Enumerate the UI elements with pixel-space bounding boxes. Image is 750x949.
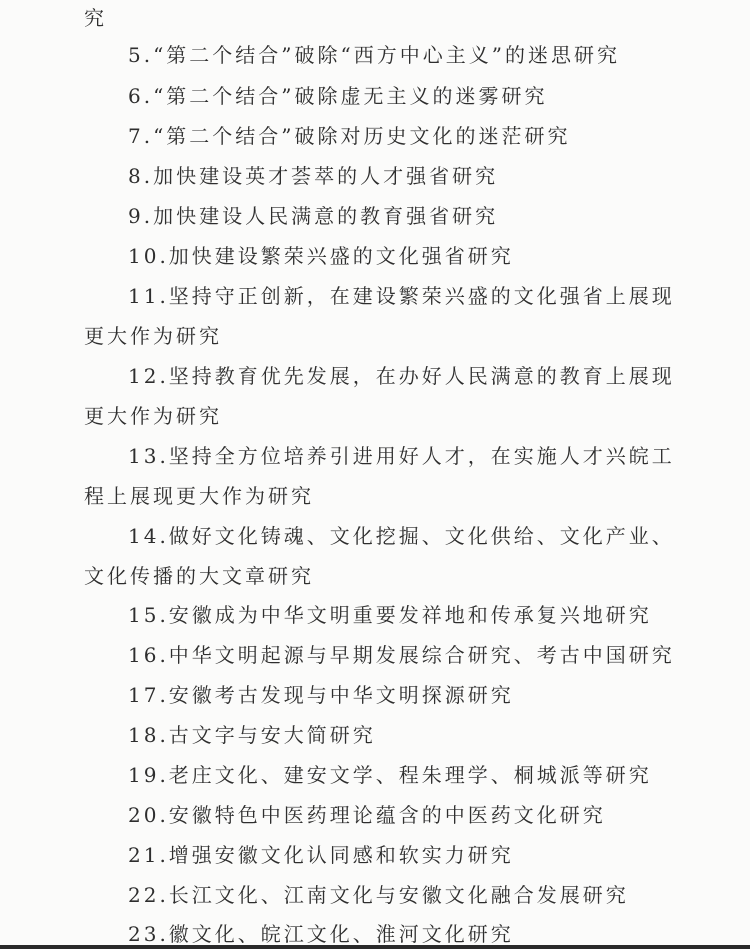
text-line: 究	[84, 6, 107, 30]
list-item: 13.坚持全方位培养引进用好人才，在实施人才兴皖工	[128, 444, 675, 468]
text-line: 更大作为研究	[84, 404, 222, 428]
list-item: 22.长江文化、江南文化与安徽文化融合发展研究	[128, 883, 629, 907]
list-item: 9.加快建设人民满意的教育强省研究	[128, 204, 498, 228]
text-line: 文化传播的大文章研究	[84, 564, 314, 588]
list-item: 6.“第二个结合”破除虚无主义的迷雾研究	[128, 84, 548, 108]
list-item: 16.中华文明起源与早期发展综合研究、考古中国研究	[128, 643, 675, 667]
document-page: 究 5.“第二个结合”破除“西方中心主义”的迷思研究 6.“第二个结合”破除虚无…	[0, 0, 750, 945]
text-line: 程上展现更大作为研究	[84, 484, 314, 508]
list-item: 18.古文字与安大简研究	[128, 723, 376, 747]
list-item: 23.徽文化、皖江文化、淮河文化研究	[128, 922, 514, 946]
page-edge-divider	[0, 945, 750, 949]
list-item: 7.“第二个结合”破除对历史文化的迷茫研究	[128, 124, 571, 148]
list-item: 19.老庄文化、建安文学、程朱理学、桐城派等研究	[128, 763, 652, 787]
list-item: 17.安徽考古发现与中华文明探源研究	[128, 683, 514, 707]
list-item: 8.加快建设英才荟萃的人才强省研究	[128, 164, 498, 188]
list-item: 21.增强安徽文化认同感和软实力研究	[128, 843, 514, 867]
list-item: 5.“第二个结合”破除“西方中心主义”的迷思研究	[128, 43, 620, 67]
list-item: 15.安徽成为中华文明重要发祥地和传承复兴地研究	[128, 603, 652, 627]
list-item: 12.坚持教育优先发展，在办好人民满意的教育上展现	[128, 364, 675, 388]
text-line: 更大作为研究	[84, 324, 222, 348]
list-item: 14.做好文化铸魂、文化挖掘、文化供给、文化产业、	[128, 524, 675, 548]
list-item: 10.加快建设繁荣兴盛的文化强省研究	[128, 244, 514, 268]
list-item: 11.坚持守正创新，在建设繁荣兴盛的文化强省上展现	[128, 284, 675, 308]
list-item: 20.安徽特色中医药理论蕴含的中医药文化研究	[128, 803, 606, 827]
